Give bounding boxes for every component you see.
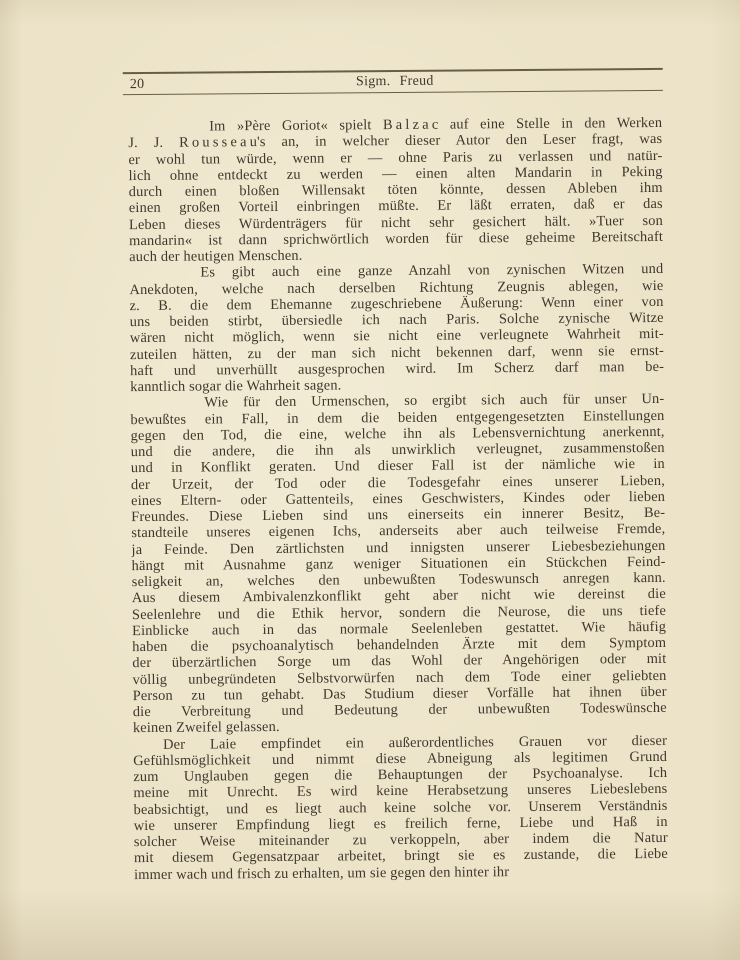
paragraph: Es gibt auch eine ganze Anzahl von zynis… bbox=[129, 261, 664, 395]
running-title: Sigm. Freud bbox=[128, 72, 662, 92]
book-page: 20 Sigm. Freud Im »Père Goriot« spielt B… bbox=[128, 60, 662, 64]
text-line: immer wach und frisch zu erhalten, um si… bbox=[134, 862, 668, 882]
paragraph: Wie für den Urmenschen, so ergibt sich a… bbox=[130, 391, 667, 736]
paragraph: Der Laie empfindet ein außerordentliches… bbox=[133, 732, 668, 882]
paragraph: Im »Père Goriot« spielt B a l z a c auf … bbox=[128, 115, 663, 265]
text-block: Im »Père Goriot« spielt B a l z a c auf … bbox=[128, 115, 668, 883]
